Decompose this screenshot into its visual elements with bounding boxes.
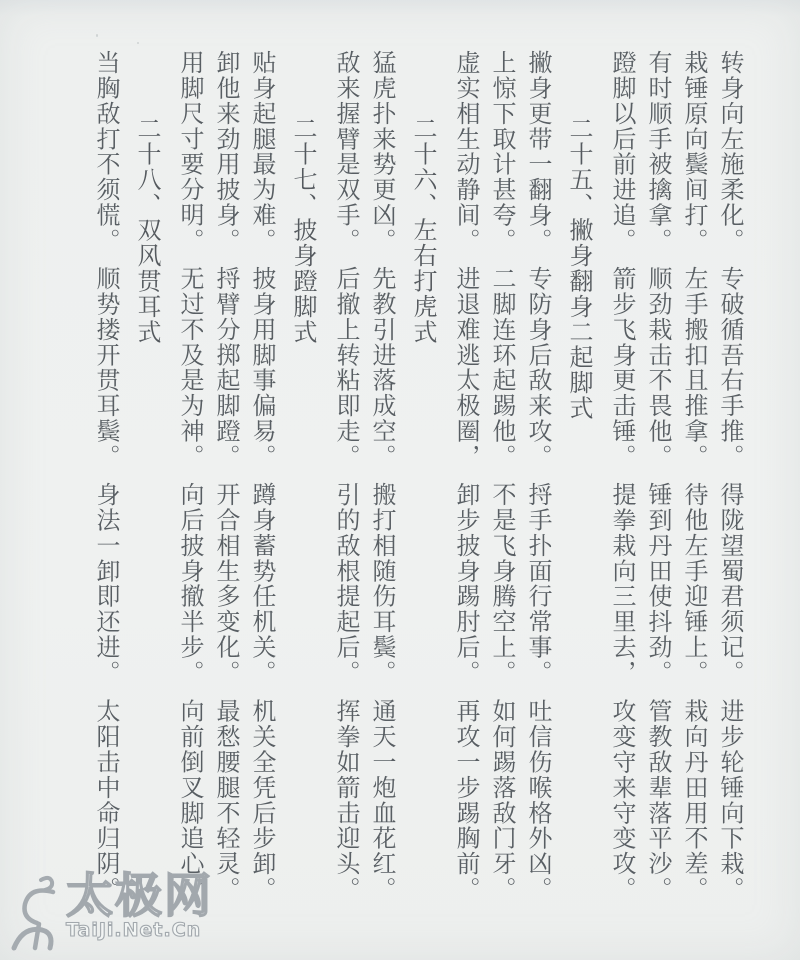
verse-line: 专破循吾右手推。 bbox=[716, 266, 744, 469]
verse-line: 猛虎扑来势更凶。 bbox=[368, 50, 396, 253]
verse-line: 敌来握臂是双手。 bbox=[332, 50, 360, 253]
text-column: 栽锤原向鬓间打。左手搬扣且推拿。待他左手迎锤上。栽向丹田用不差。 bbox=[676, 50, 712, 914]
verse-line: 吐信伤喉格外凶。 bbox=[524, 699, 552, 902]
section-heading: 二十八、双风贯耳式 bbox=[127, 50, 167, 914]
verse-line: 顺势搂开贯耳鬓。 bbox=[92, 266, 120, 469]
text-column: 当胸敌打不须慌。顺势搂开贯耳鬓。身法一卸即还进。太阳击中命归阴。 bbox=[88, 50, 124, 914]
verse-line: 身法一卸即还进。 bbox=[92, 482, 120, 685]
verse-line: 不是飞身腾空上。 bbox=[488, 482, 516, 685]
verse-line: 提拳栽向三里去， bbox=[608, 482, 636, 685]
verse-line: 待他左手迎锤上。 bbox=[680, 482, 708, 685]
verse-line: 通天一炮血花红。 bbox=[368, 699, 396, 902]
text-column: 猛虎扑来势更凶。先教引进落成空。搬打相随伤耳鬓。通天一炮血花红。 bbox=[364, 50, 400, 914]
verse-line: 撇身更带一翻身。 bbox=[524, 50, 552, 253]
verse-line: 进步轮锤向下栽。 bbox=[716, 699, 744, 902]
verse-line: 栽向丹田用不差。 bbox=[680, 699, 708, 902]
verse-line: 用脚尺寸要分明。 bbox=[176, 50, 204, 253]
text-column: 敌来握臂是双手。后撤上转粘即走。引的敌根提起后。挥拳如箭击迎头。 bbox=[328, 50, 364, 914]
verse-line: 进退难逃太极圈， bbox=[452, 266, 480, 469]
section-heading: 二十六、左右打虎式 bbox=[403, 50, 443, 914]
verse-line: 捋手扑面行常事。 bbox=[524, 482, 552, 685]
verse-line: 左手搬扣且推拿。 bbox=[680, 266, 708, 469]
text-column: 虚实相生动静间。进退难逃太极圈，卸步披身踢肘后。再攻一步踢胸前。 bbox=[448, 50, 484, 914]
verse-line: 机关全凭后步卸。 bbox=[248, 699, 276, 902]
verse-line: 蹬脚以后前进追。 bbox=[608, 50, 636, 253]
text-column: 贴身起腿最为难。披身用脚事偏易。蹲身蓄势任机关。机关全凭后步卸。 bbox=[244, 50, 280, 914]
verse-line: 虚实相生动静间。 bbox=[452, 50, 480, 253]
verse-line: 向后披身撤半步。 bbox=[176, 482, 204, 685]
text-column: 上惊下取计甚夸。二脚连环起踢他。不是飞身腾空上。如何踢落敌门牙。 bbox=[484, 50, 520, 914]
scanned-page: 转身向左施柔化。专破循吾右手推。得陇望蜀君须记。进步轮锤向下栽。栽锤原向鬓间打。… bbox=[0, 0, 800, 960]
verse-line: 锤到丹田使抖劲。 bbox=[644, 482, 672, 685]
watermark-text: 太极网 TaiJi.Net.Cn bbox=[66, 872, 213, 940]
section-heading: 二十七、披身蹬脚式 bbox=[283, 50, 323, 914]
watermark-site-url: TaiJi.Net.Cn bbox=[66, 920, 213, 940]
verse-line: 得陇望蜀君须记。 bbox=[716, 482, 744, 685]
verse-line: 蹲身蓄势任机关。 bbox=[248, 482, 276, 685]
section-heading: 二十五、撇身翻身二起脚式 bbox=[559, 50, 599, 914]
verse-line: 卸他来劲用披身。 bbox=[212, 50, 240, 253]
verse-line: 卸步披身踢肘后。 bbox=[452, 482, 480, 685]
verse-line: 有时顺手被擒拿。 bbox=[644, 50, 672, 253]
taiji-figure-icon bbox=[8, 874, 70, 958]
watermark-site-name: 太极网 bbox=[66, 872, 213, 922]
verse-line: 捋臂分掷起脚蹬。 bbox=[212, 266, 240, 469]
verse-line: 先教引进落成空。 bbox=[368, 266, 396, 469]
verse-line: 挥拳如箭击迎头。 bbox=[332, 699, 360, 902]
text-column: 用脚尺寸要分明。无过不及是为神。向后披身撤半步。向前倒叉脚追心。 bbox=[172, 50, 208, 914]
verse-line: 后撤上转粘即走。 bbox=[332, 266, 360, 469]
verse-line: 当胸敌打不须慌。 bbox=[92, 50, 120, 253]
scan-speck bbox=[96, 34, 98, 37]
scan-speck bbox=[137, 42, 139, 44]
verse-line: 再攻一步踢胸前。 bbox=[452, 699, 480, 902]
text-column: 蹬脚以后前进追。箭步飞身更击锤。提拳栽向三里去，攻变守来守变攻。 bbox=[604, 50, 640, 914]
scan-speck bbox=[590, 150, 592, 152]
verse-line: 二脚连环起踢他。 bbox=[488, 266, 516, 469]
verse-line: 箭步飞身更击锤。 bbox=[608, 266, 636, 469]
text-column: 撇身更带一翻身。专防身后敌来攻。捋手扑面行常事。吐信伤喉格外凶。 bbox=[520, 50, 556, 914]
verse-line: 上惊下取计甚夸。 bbox=[488, 50, 516, 253]
watermark: 太极网 TaiJi.Net.Cn bbox=[8, 872, 238, 954]
verse-line: 攻变守来守变攻。 bbox=[608, 699, 636, 902]
verse-line: 栽锤原向鬓间打。 bbox=[680, 50, 708, 253]
verse-line: 引的敌根提起后。 bbox=[332, 482, 360, 685]
verse-line: 贴身起腿最为难。 bbox=[248, 50, 276, 253]
text-column: 有时顺手被擒拿。顺劲栽击不畏他。锤到丹田使抖劲。管教敌辈落平沙。 bbox=[640, 50, 676, 914]
text-column: 卸他来劲用披身。捋臂分掷起脚蹬。开合相生多变化。最愁腰腿不轻灵。 bbox=[208, 50, 244, 914]
text-column: 转身向左施柔化。专破循吾右手推。得陇望蜀君须记。进步轮锤向下栽。 bbox=[712, 50, 748, 914]
verse-line: 披身用脚事偏易。 bbox=[248, 266, 276, 469]
verse-line: 如何踢落敌门牙。 bbox=[488, 699, 516, 902]
verse-line: 无过不及是为神。 bbox=[176, 266, 204, 469]
verse-line: 搬打相随伤耳鬓。 bbox=[368, 482, 396, 685]
verse-line: 转身向左施柔化。 bbox=[716, 50, 744, 253]
verse-line: 管教敌辈落平沙。 bbox=[644, 699, 672, 902]
verse-line: 专防身后敌来攻。 bbox=[524, 266, 552, 469]
vertical-text-block: 转身向左施柔化。专破循吾右手推。得陇望蜀君须记。进步轮锤向下栽。栽锤原向鬓间打。… bbox=[88, 50, 748, 914]
verse-line: 顺劲栽击不畏他。 bbox=[644, 266, 672, 469]
verse-line: 开合相生多变化。 bbox=[212, 482, 240, 685]
